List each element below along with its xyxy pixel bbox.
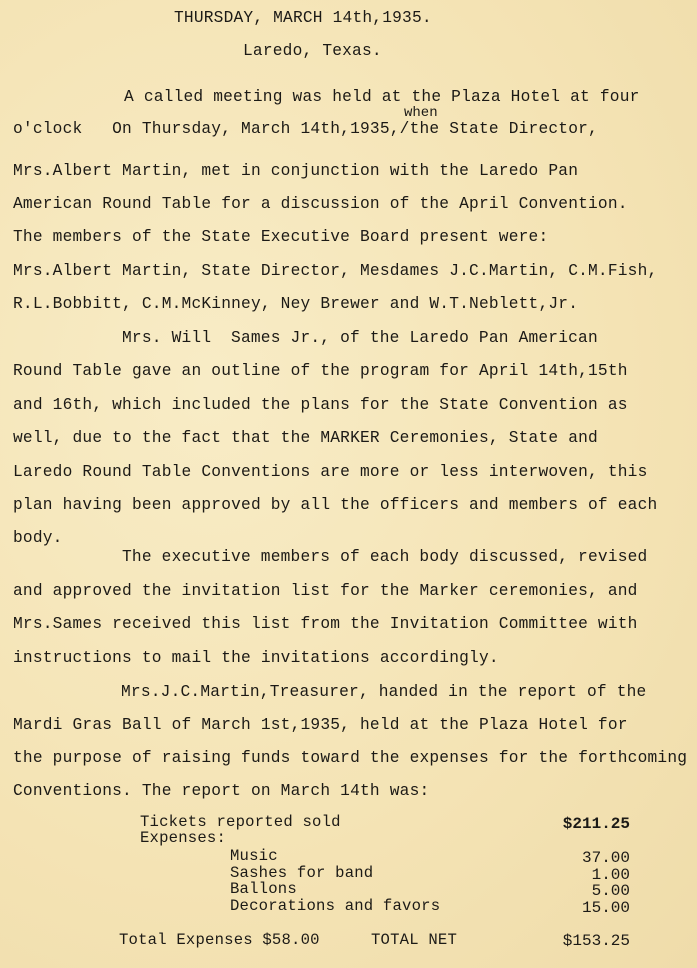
expense-item-amount: 15.00: [510, 900, 630, 916]
tickets-sold-amount: $211.25: [510, 816, 630, 832]
paragraph-1-line: Mrs.Albert Martin, met in conjunction wi…: [13, 162, 578, 180]
paragraph-3-line: and approved the invitation list for the…: [13, 582, 638, 600]
typed-minutes-page: THURSDAY, MARCH 14th,1935. Laredo, Texas…: [0, 0, 697, 968]
paragraph-2-line: plan having been approved by all the off…: [13, 496, 657, 514]
paragraph-2-line: body.: [13, 529, 63, 547]
handwritten-insertion: when: [404, 106, 438, 120]
paragraph-1-line: A called meeting was held at the Plaza H…: [124, 88, 640, 106]
paragraph-1-line: The members of the State Executive Board…: [13, 228, 548, 246]
paragraph-4-line: Mardi Gras Ball of March 1st,1935, held …: [13, 716, 628, 734]
paragraph-1-line: Mrs.Albert Martin, State Director, Mesda…: [13, 262, 657, 280]
expense-item-label: Ballons: [230, 881, 297, 897]
paragraph-1-line: American Round Table for a discussion of…: [13, 195, 628, 213]
paragraph-2-line: Laredo Round Table Conventions are more …: [13, 463, 648, 481]
paragraph-3-line: The executive members of each body discu…: [122, 548, 647, 566]
expense-item-label: Sashes for band: [230, 865, 373, 881]
total-net-amount: $153.25: [510, 933, 630, 949]
document-place-heading: Laredo, Texas.: [243, 42, 382, 60]
paragraph-3-line: instructions to mail the invitations acc…: [13, 649, 499, 667]
paragraph-1-line: o'clock On Thursday, March 14th,1935,/th…: [13, 120, 598, 138]
expense-item-amount: 37.00: [510, 850, 630, 866]
paragraph-4-line: Mrs.J.C.Martin,Treasurer, handed in the …: [121, 683, 646, 701]
expense-item-amount: 1.00: [510, 867, 630, 883]
paragraph-3-line: Mrs.Sames received this list from the In…: [13, 615, 638, 633]
paragraph-2-line: Mrs. Will Sames Jr., of the Laredo Pan A…: [122, 329, 598, 347]
expense-item-label: Music: [230, 848, 278, 864]
expense-item-amount: 5.00: [510, 883, 630, 899]
paragraph-4-line: Conventions. The report on March 14th wa…: [13, 782, 429, 800]
paragraph-2-line: well, due to the fact that the MARKER Ce…: [13, 429, 598, 447]
paragraph-2-line: Round Table gave an outline of the progr…: [13, 362, 628, 380]
document-date-heading: THURSDAY, MARCH 14th,1935.: [174, 9, 432, 27]
expenses-label: Expenses:: [140, 830, 226, 846]
expense-item-label: Decorations and favors: [230, 898, 440, 914]
paragraph-4-line: the purpose of raising funds toward the …: [13, 749, 687, 767]
paragraph-1-line: R.L.Bobbitt, C.M.McKinney, Ney Brewer an…: [13, 295, 578, 313]
total-net-label: TOTAL NET: [371, 932, 457, 948]
tickets-sold-label: Tickets reported sold: [140, 814, 341, 830]
total-expenses: Total Expenses $58.00: [119, 932, 320, 948]
paragraph-2-line: and 16th, which included the plans for t…: [13, 396, 628, 414]
